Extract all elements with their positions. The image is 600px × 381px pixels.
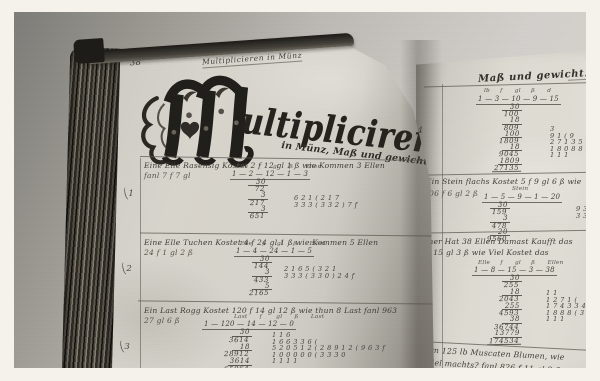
calc-column: 30 3614 18 28912 3614 65064 8	[206, 329, 252, 368]
calc-row: 4593	[497, 310, 521, 317]
page-stack-edge	[62, 47, 121, 368]
scratch-work: 2 1 6 5 ( 3 2 1 3 3 3 ( 3 3 0 ) 2 4 f	[284, 266, 355, 279]
problem-result: 24 f 1 gl 2 ß	[144, 248, 193, 257]
left-page: Multiplicieren in Münz 38	[86, 38, 434, 368]
scratch-line: 1 1 1 1	[272, 358, 385, 365]
calc-row: 2043	[497, 296, 521, 303]
block-number: 3	[120, 342, 130, 352]
calc-block-1: Eine Elle Rasensig Kostet 2 f 12 gl 1 ß …	[86, 159, 434, 233]
scratch-line: 3 3 3 ( 3 3 0 ) 2 4 f	[284, 273, 355, 280]
calc-row: 72	[247, 186, 267, 192]
calc-total: 651	[247, 213, 267, 219]
calc-total: 27135	[492, 165, 521, 173]
scratch-line: 3 3	[576, 213, 586, 220]
scratch-work: 3 9 1 ( 9 2 7 1 3 5 ( 1 8 0 8 8 ( 1 3 1 …	[550, 126, 586, 159]
calc-row: 100	[501, 111, 521, 117]
spine-corner	[73, 38, 105, 64]
block-number: 1	[124, 189, 134, 199]
unit-row: lb f gl ß d	[484, 88, 551, 94]
scratch-line: 1 1 1	[550, 152, 586, 159]
calc-row: 159	[489, 209, 509, 215]
calc-total: 2165	[247, 290, 271, 297]
calc-block-2: Eine Elle Tuchen Kostet 4 f 24 gl 1 ß wi…	[86, 236, 434, 310]
scratch-work: 1 1 6 1 6 6 3 3 6 ( 5 2 0 5 1 2 ( 2 8 9 …	[272, 332, 385, 365]
problem-result: 106 f 6 gl 2 ß	[424, 189, 478, 198]
calc-row: 217	[247, 199, 267, 205]
scratch-work: 6 2 1 ( 2 1 7 3 3 3 ( 3 3 2 ) 7 f	[294, 195, 357, 208]
calc-row: 255	[501, 282, 521, 289]
unit-label: Stein	[512, 186, 528, 192]
problem-result: 27 gl 6 ß	[144, 316, 180, 325]
calc-total: 65064	[222, 366, 251, 368]
calc-column: 30 72 3 217 3 651	[236, 179, 268, 219]
calc-row: 809	[501, 124, 521, 130]
scratch-work: 1 1 1 2 7 1 ( 1 7 4 3 3 4 ( 1 8 8 8 ( 3 …	[546, 290, 586, 323]
calc-column: 30 255 18 2043 255 4593 38 36744 13779 1…	[478, 275, 522, 345]
calc-column: 30 100 18 809 100 1809 18 9045 1809 2713…	[486, 104, 522, 172]
calc-column: 30 144 3 433 5 2165	[238, 256, 272, 296]
scratch-line: 3 3 3 ( 3 3 2 ) 7 f	[294, 202, 357, 209]
calc-row: 28912	[222, 351, 251, 358]
calc-row: 9045	[497, 151, 521, 158]
calc-row: 3614	[227, 337, 251, 344]
block-number: 2	[122, 264, 132, 274]
problem-heading: Einer Hat 38 Ellen Damast Kaufft das	[420, 237, 573, 246]
calc-row: 478	[489, 222, 509, 228]
photograph: Maß und gewicht. 4 lb f gl ß d 1 — 3 — 1…	[14, 12, 586, 368]
calc-row: 1809	[497, 138, 521, 145]
scratch-line: 1 1 1	[546, 316, 586, 323]
problem-result: fanl 7 f 7 gl	[144, 171, 191, 180]
calc-row: 433	[251, 276, 271, 282]
calc-block-3: Ein Last Rogg Kostet 120 f 14 gl 12 ß wi…	[86, 304, 434, 368]
photo-print: Maß und gewicht. 4 lb f gl ß d 1 — 3 — 1…	[0, 0, 600, 381]
scratch-work: 9 3 3 3	[576, 206, 586, 219]
right-page: Maß und gewicht. 4 lb f gl ß d 1 — 3 — 1…	[416, 48, 586, 368]
calc-block-6: Einer Hat 38 Ellen Damast Kaufft das 8 f…	[416, 236, 586, 344]
problem-heading-2: 8 f 15 gl 3 ß wie Viel Kostet das	[420, 248, 549, 257]
calc-row: 36744	[492, 324, 521, 331]
problem-heading: Ein Stein flachs Kostet 5 f 9 gl 6 ß wie	[426, 177, 582, 186]
header-flourish	[568, 78, 586, 81]
calc-row: 144	[251, 263, 271, 269]
